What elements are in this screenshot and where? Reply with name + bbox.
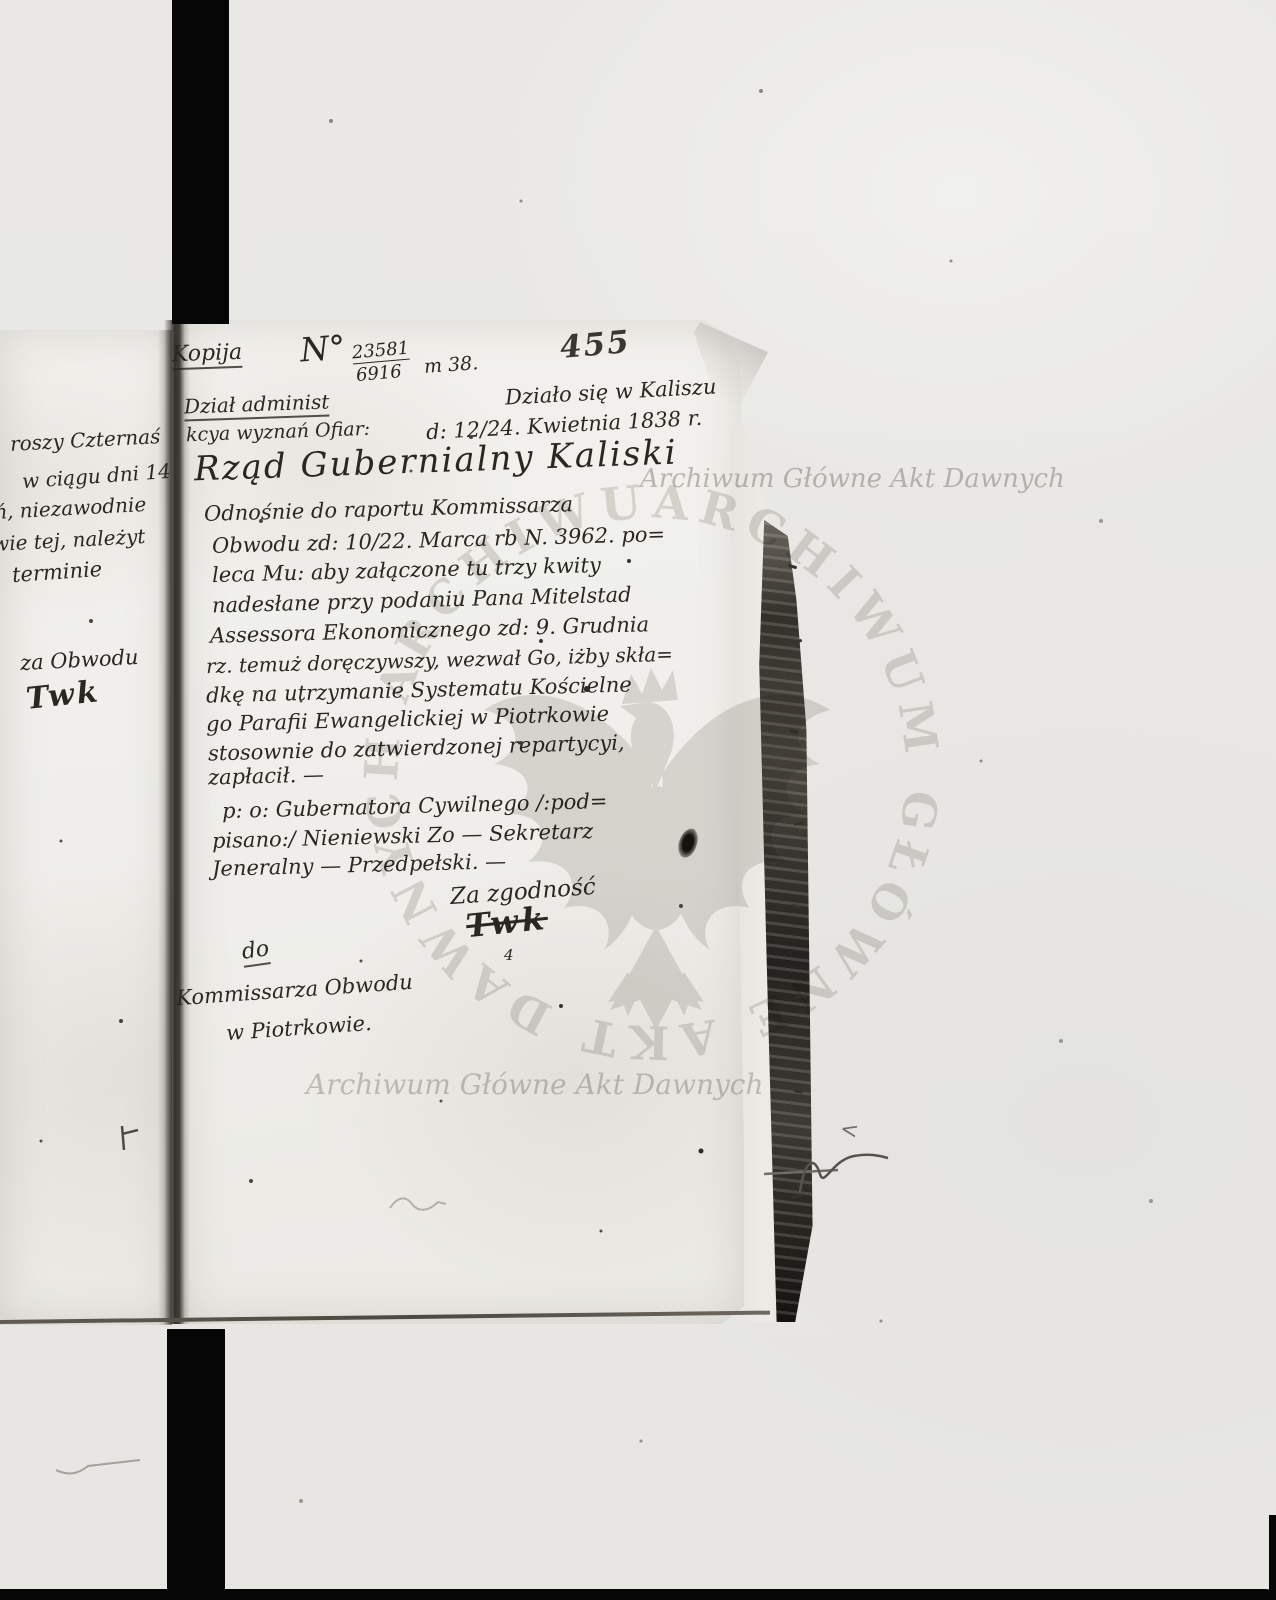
signature-paraph: Twk bbox=[24, 674, 102, 717]
eagle-emblem bbox=[484, 668, 830, 1030]
film-strip-top bbox=[172, 0, 229, 324]
ms-line: wie tej, należyt bbox=[0, 524, 146, 556]
left-page-fragment: roszy Czternaś w ciągu dni 14 ń, niezawo… bbox=[0, 330, 172, 1325]
page-gutter bbox=[164, 320, 190, 1324]
ms-line: w ciągu dni 14 bbox=[21, 459, 171, 493]
ms-line: za Obwodu bbox=[19, 645, 139, 675]
pencil-check-mark bbox=[52, 1450, 142, 1480]
pencil-squiggle-mark bbox=[762, 1140, 892, 1200]
ms-line: terminie bbox=[11, 557, 103, 587]
ms-line: ń, niezawodnie bbox=[0, 492, 147, 524]
scan-right-border bbox=[1269, 1515, 1276, 1600]
paper-specks bbox=[0, 0, 2, 2]
pencil-wave-mark bbox=[388, 1192, 448, 1218]
archival-scan-canvas: roszy Czternaś w ciągu dni 14 ń, niezawo… bbox=[0, 0, 1276, 1600]
archive-seal-watermark: ARCHIWUM GŁÓWNE AKT DAWNYCH ARCHIWUM GŁÓ… bbox=[332, 452, 972, 1092]
film-strip-bottom bbox=[167, 1329, 225, 1593]
pencil-stroke-mark bbox=[116, 1124, 142, 1154]
scan-bottom-border bbox=[0, 1589, 1276, 1600]
ms-line: roszy Czternaś bbox=[9, 424, 160, 456]
